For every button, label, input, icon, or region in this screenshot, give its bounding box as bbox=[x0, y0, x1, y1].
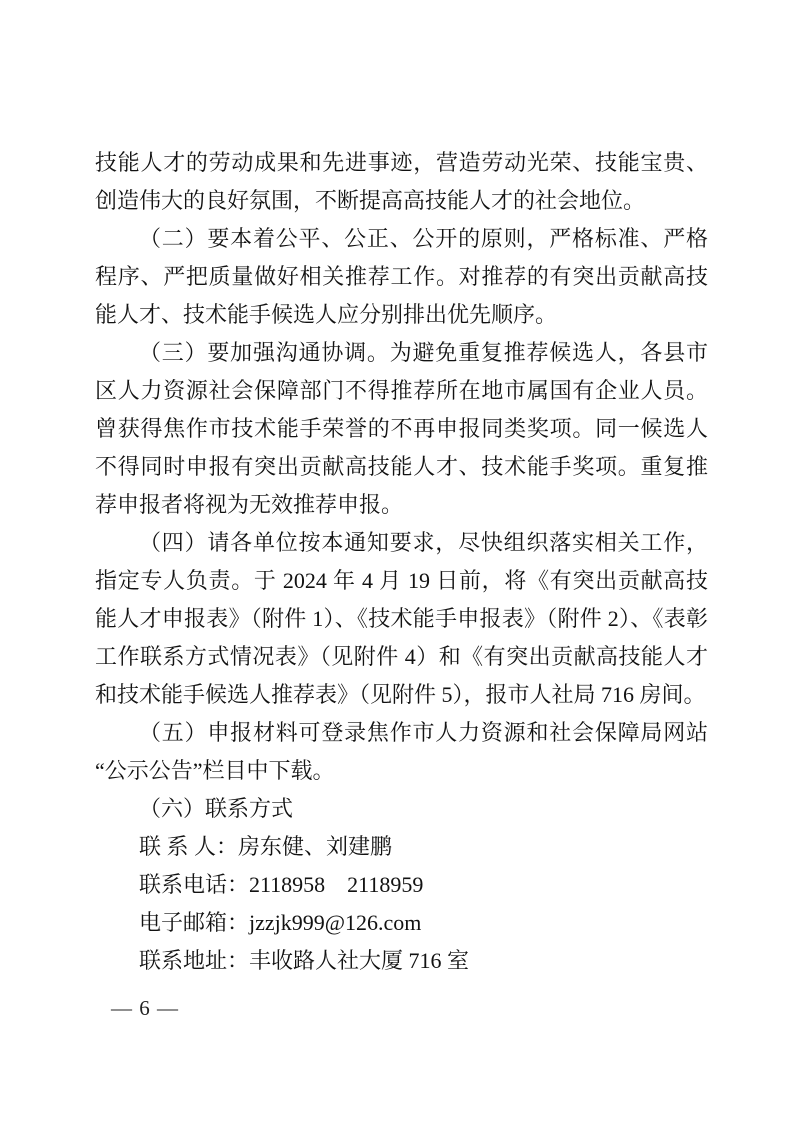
document-page: 技能人才的劳动成果和先进事迹，营造劳动光荣、技能宝贵、创造伟大的良好氛围，不断提… bbox=[0, 0, 793, 1122]
contact-person-line: 联 系 人：房东健、刘建鹏 bbox=[95, 828, 708, 866]
para-section-6: （六）联系方式 bbox=[95, 790, 708, 828]
contact-address-line: 联系地址：丰收路人社大厦 716 室 bbox=[95, 942, 708, 980]
para-section-3: （三）要加强沟通协调。为避免重复推荐候选人，各县市区人力资源社会保障部门不得推荐… bbox=[95, 334, 708, 524]
contact-email-line: 电子邮箱：jzzjk999@126.com bbox=[95, 904, 708, 942]
document-body: 技能人才的劳动成果和先进事迹，营造劳动光荣、技能宝贵、创造伟大的良好氛围，不断提… bbox=[95, 144, 708, 980]
page-number: — 6 — bbox=[111, 996, 179, 1020]
para-continuation: 技能人才的劳动成果和先进事迹，营造劳动光荣、技能宝贵、创造伟大的良好氛围，不断提… bbox=[95, 144, 708, 220]
para-section-4: （四）请各单位按本通知要求，尽快组织落实相关工作，指定专人负责。于 2024 年… bbox=[95, 524, 708, 714]
contact-phone-line: 联系电话：2118958 2118959 bbox=[95, 866, 708, 904]
para-section-2: （二）要本着公平、公正、公开的原则，严格标准、严格程序、严把质量做好相关推荐工作… bbox=[95, 220, 708, 334]
para-section-5: （五）申报材料可登录焦作市人力资源和社会保障局网站“公示公告”栏目中下载。 bbox=[95, 714, 708, 790]
